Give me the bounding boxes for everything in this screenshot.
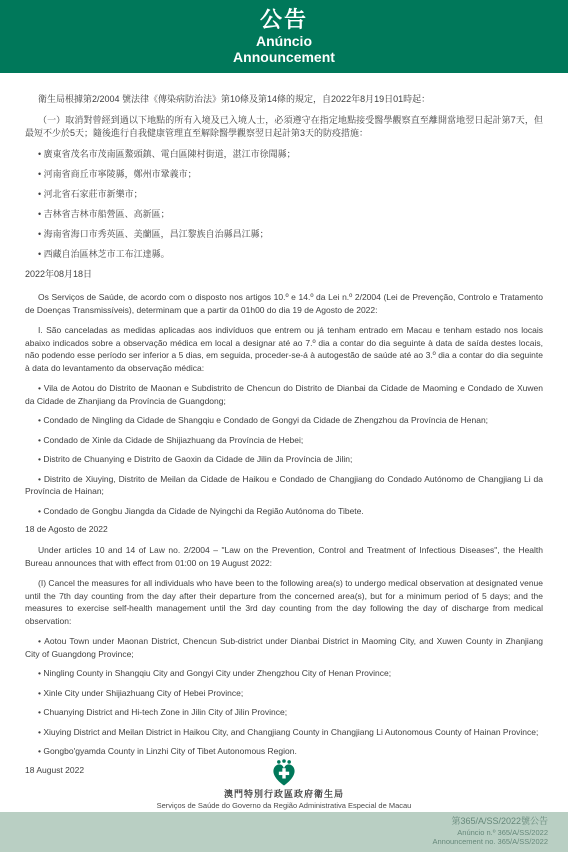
pt-date: 18 de Agosto de 2022 xyxy=(25,524,543,534)
page-title-en: Announcement xyxy=(0,49,568,65)
list-item: Ningling County in Shangqiu City and Gon… xyxy=(25,667,543,680)
list-item: 西藏自治區林芝市工布江達縣。 xyxy=(25,248,543,261)
announcement-ref-en: Announcement no. 365/A/SS/2022 xyxy=(0,837,548,847)
title-banner: 公告 Anúncio Announcement xyxy=(0,0,568,73)
en-area-list: Aotou Town under Maonan District, Chencu… xyxy=(25,635,543,758)
list-item: Distrito de Xiuying, Distrito de Meilan … xyxy=(25,473,543,498)
en-intro-paragraph: Under articles 10 and 14 of Law no. 2/20… xyxy=(25,544,543,569)
announcement-ref-pt: Anúncio n.º 365/A/SS/2022 xyxy=(0,828,548,838)
list-item: 廣東省茂名市茂南區鰲頭鎮、電白區陳村街道，湛江市徐聞縣； xyxy=(25,148,543,161)
list-item: 吉林省吉林市船營區、高新區； xyxy=(25,208,543,221)
section-english: Under articles 10 and 14 of Law no. 2/20… xyxy=(25,544,543,775)
reference-bar: 第365/A/SS/2022號公告 Anúncio n.º 365/A/SS/2… xyxy=(0,812,568,852)
document-body: 衛生局根據第2/2004 號法律《傳染病防治法》第10條及第14條的規定，自20… xyxy=(0,73,568,775)
list-item: Condado de Ningling da Cidade de Shangqi… xyxy=(25,414,543,427)
list-item: Chuanying District and Hi-tech Zone in J… xyxy=(25,706,543,719)
pt-measure-paragraph: I. São canceladas as medidas aplicadas a… xyxy=(25,324,543,374)
zh-measure-paragraph: （一）取消對曾經到過以下地點的所有入境及已入境人士，必須遵守在指定地點接受醫學觀… xyxy=(25,114,543,140)
list-item: Vila de Aotou do Distrito de Maonan e Su… xyxy=(25,382,543,407)
list-item: Xinle City under Shijiazhuang City of He… xyxy=(25,687,543,700)
announcement-page: 公告 Anúncio Announcement 衛生局根據第2/2004 號法律… xyxy=(0,0,568,852)
page-title-zh: 公告 xyxy=(0,7,568,32)
zh-area-list: 廣東省茂名市茂南區鰲頭鎮、電白區陳村街道，湛江市徐聞縣； 河南省商丘市寧陵縣，鄭… xyxy=(25,148,543,261)
org-name-pt: Serviços de Saúde do Governo da Região A… xyxy=(0,801,568,810)
health-bureau-heart-cross-logo-icon xyxy=(269,759,299,787)
issuer-footer: 澳門特別行政區政府衛生局 Serviços de Saúde do Govern… xyxy=(0,759,568,810)
page-title-pt: Anúncio xyxy=(0,33,568,49)
list-item: 河南省商丘市寧陵縣，鄭州市鞏義市； xyxy=(25,168,543,181)
list-item: Aotou Town under Maonan District, Chencu… xyxy=(25,635,543,660)
list-item: Gongbo'gyamda County in Linzhi City of T… xyxy=(25,745,543,758)
announcement-ref-zh: 第365/A/SS/2022號公告 xyxy=(0,816,548,828)
list-item: Condado de Gongbu Jiangda da Cidade de N… xyxy=(25,505,543,518)
zh-intro-paragraph: 衛生局根據第2/2004 號法律《傳染病防治法》第10條及第14條的規定，自20… xyxy=(25,93,543,106)
org-name-zh: 澳門特別行政區政府衛生局 xyxy=(0,789,568,800)
en-measure-paragraph: (I) Cancel the measures for all individu… xyxy=(25,577,543,627)
list-item: Xiuying District and Meilan District in … xyxy=(25,726,543,739)
list-item: Distrito de Chuanying e Distrito de Gaox… xyxy=(25,453,543,466)
section-chinese: 衛生局根據第2/2004 號法律《傳染病防治法》第10條及第14條的規定，自20… xyxy=(25,93,543,281)
pt-area-list: Vila de Aotou do Distrito de Maonan e Su… xyxy=(25,382,543,517)
list-item: 海南省海口市秀英區、美蘭區，昌江黎族自治縣昌江縣； xyxy=(25,228,543,241)
list-item: Condado de Xinle da Cidade de Shijiazhua… xyxy=(25,434,543,447)
list-item: 河北省石家莊市新樂市； xyxy=(25,188,543,201)
section-portuguese: Os Serviços de Saúde, de acordo com o di… xyxy=(25,291,543,534)
zh-date: 2022年08月18日 xyxy=(25,268,543,281)
pt-intro-paragraph: Os Serviços de Saúde, de acordo com o di… xyxy=(25,291,543,316)
